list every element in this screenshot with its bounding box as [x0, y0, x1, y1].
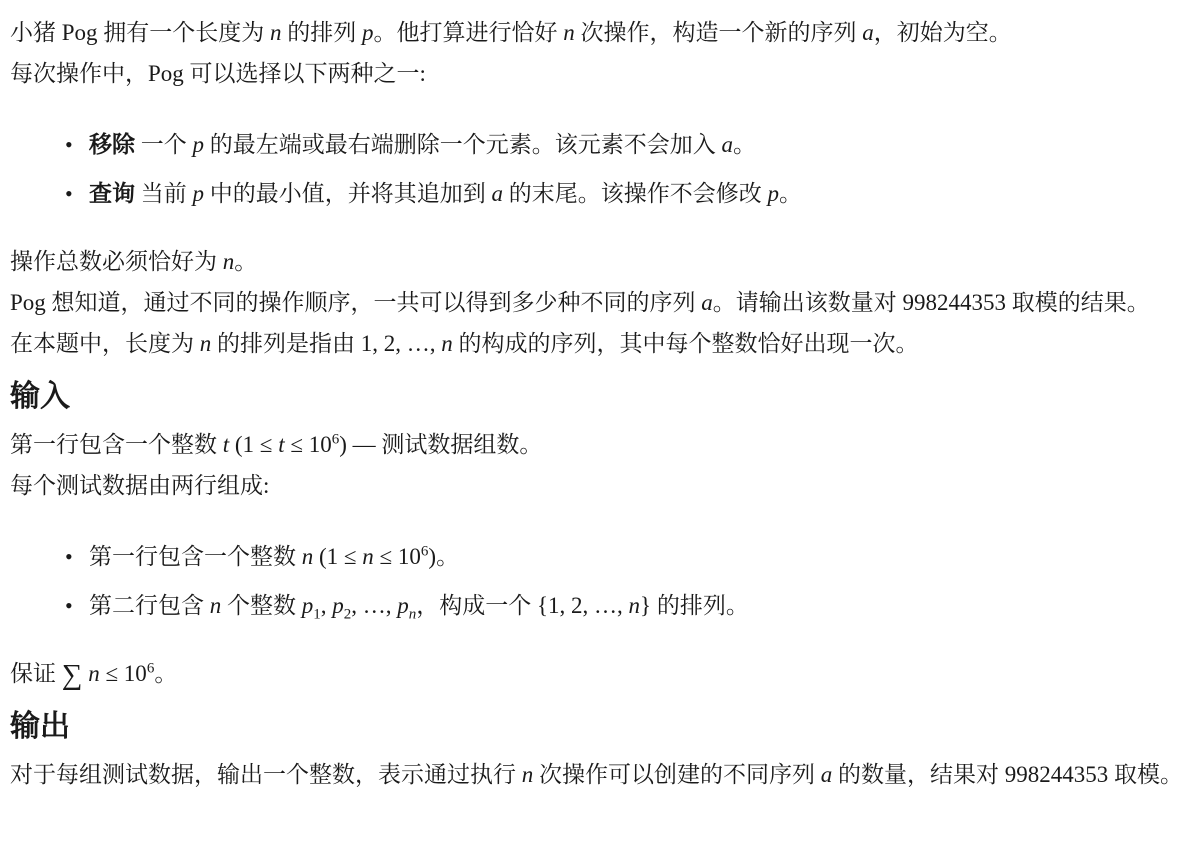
math-variable: p: [362, 20, 374, 45]
math-variable: n: [88, 661, 100, 686]
text-run: 每次操作中，Pog 可以选择以下两种之一:: [10, 61, 426, 86]
text-run: 每个测试数据由两行组成:: [10, 473, 269, 498]
math-variable: a: [821, 762, 833, 787]
paragraph-output-description: 对于每组测试数据，输出一个整数，表示通过执行 n 次操作可以创建的不同序列 a …: [10, 759, 1185, 791]
text-run: 的构成的序列，其中每个整数恰好出现一次。: [453, 331, 919, 356]
math-text: ≤ 10: [100, 661, 147, 686]
math-variable: n: [441, 331, 453, 356]
math-variable: n: [362, 544, 374, 569]
math-variable: n: [302, 544, 314, 569]
text-run: 一个: [135, 132, 193, 157]
math-variable: a: [722, 132, 734, 157]
paragraph-question-statement: Pog 想知道，通过不同的操作顺序，一共可以得到多少种不同的序列 a。请输出该数…: [10, 287, 1185, 319]
text-run: 。: [154, 661, 177, 686]
math-variable: p: [302, 593, 314, 618]
paragraph-sum-constraint: 保证 ∑ n ≤ 106。: [10, 658, 1185, 690]
text-run: 对于每组测试数据，输出一个整数，表示通过执行: [10, 762, 522, 787]
text-run: 次操作可以创建的不同序列: [533, 762, 821, 787]
text-run: 次操作，构造一个新的序列: [575, 20, 863, 45]
math-variable: n: [210, 593, 222, 618]
math-variable: a: [701, 290, 713, 315]
text-run: 。: [779, 181, 802, 206]
text-run: 个整数: [221, 593, 302, 618]
math-text: ≤ 10: [285, 432, 332, 457]
text-run: 保证: [10, 661, 62, 686]
paragraph-statement-intro: 小猪 Pog 拥有一个长度为 n 的排列 p。他打算进行恰好 n 次操作，构造一…: [10, 17, 1185, 49]
summation-symbol: ∑: [62, 659, 83, 691]
math-variable: n: [270, 20, 282, 45]
math-text: ): [339, 432, 347, 457]
problem-statement: 小猪 Pog 拥有一个长度为 n 的排列 p。他打算进行恰好 n 次操作，构造一…: [0, 0, 1197, 791]
text-run: 。: [733, 132, 756, 157]
math-text: (1 ≤: [313, 544, 362, 569]
text-run: 。: [436, 544, 459, 569]
section-heading-input: 输入: [10, 378, 1185, 416]
math-variable: p: [768, 181, 780, 206]
math-variable: a: [862, 20, 874, 45]
text-run: 中的最小值，并将其追加到: [204, 181, 492, 206]
paragraph-testcase-structure-lead: 每个测试数据由两行组成:: [10, 470, 1185, 502]
text-run: — 测试数据组数。: [347, 432, 543, 457]
text-run: 的排列: [282, 20, 363, 45]
list-item: 第二行包含 n 个整数 p1, p2, …, pn，构成一个 {1, 2, …,…: [89, 589, 1185, 622]
text-run: 取模。: [1108, 762, 1183, 787]
paragraph-total-operations-note: 操作总数必须恰好为 n。: [10, 246, 1185, 278]
text-run: ，构成一个: [416, 593, 537, 618]
math-text: (1 ≤: [229, 432, 278, 457]
operations-list: 移除 一个 p 的最左端或最右端删除一个元素。该元素不会加入 a。查询 当前 p…: [10, 128, 1185, 210]
math-text: {1, 2, …,: [537, 593, 629, 618]
text-run: 的末尾。该操作不会修改: [503, 181, 768, 206]
math-text: }: [640, 593, 651, 618]
text-run: 的数量，结果对: [832, 762, 1005, 787]
math-variable: p: [193, 181, 205, 206]
text-run: 第一行包含一个整数: [89, 544, 302, 569]
math-variable: n: [563, 20, 575, 45]
text-run: 当前: [135, 181, 193, 206]
text-run: 的最左端或最右端删除一个元素。该元素不会加入: [204, 132, 722, 157]
text-run: 。: [234, 249, 257, 274]
text-run: 的排列是指由: [211, 331, 361, 356]
math-subscript: 1: [313, 607, 321, 623]
math-text: 998244353: [903, 290, 1007, 315]
math-variable: n: [629, 593, 641, 618]
paragraph-permutation-definition: 在本题中，长度为 n 的排列是指由 1, 2, …, n 的构成的序列，其中每个…: [10, 328, 1185, 360]
text-run: Pog 想知道，通过不同的操作顺序，一共可以得到多少种不同的序列: [10, 290, 701, 315]
math-variable: n: [200, 331, 212, 356]
math-variable: p: [332, 593, 344, 618]
math-variable: n: [522, 762, 534, 787]
section-heading-output: 输出: [10, 708, 1185, 746]
paragraph-input-first-line: 第一行包含一个整数 t (1 ≤ t ≤ 106) — 测试数据组数。: [10, 429, 1185, 461]
testcase-lines-list: 第一行包含一个整数 n (1 ≤ n ≤ 106)。第二行包含 n 个整数 p1…: [10, 540, 1185, 622]
text-run: 。他打算进行恰好: [374, 20, 564, 45]
math-text: , …,: [351, 593, 397, 618]
text-run: 操作总数必须恰好为: [10, 249, 223, 274]
text-run: 在本题中，长度为: [10, 331, 200, 356]
math-variable: p: [193, 132, 205, 157]
list-item: 移除 一个 p 的最左端或最右端删除一个元素。该元素不会加入 a。: [89, 128, 1185, 161]
bold-term: 查询: [89, 181, 135, 206]
text-run: 。请输出该数量对: [713, 290, 903, 315]
math-variable: a: [492, 181, 504, 206]
math-text: ,: [321, 593, 333, 618]
math-text: 1, 2, …,: [361, 331, 442, 356]
math-text: ): [428, 544, 436, 569]
math-variable: p: [397, 593, 409, 618]
bold-term: 移除: [89, 132, 135, 157]
text-run: 第一行包含一个整数: [10, 432, 223, 457]
text-run: 取模的结果。: [1006, 290, 1150, 315]
list-item: 查询 当前 p 中的最小值，并将其追加到 a 的末尾。该操作不会修改 p。: [89, 177, 1185, 210]
paragraph-operation-choices-lead: 每次操作中，Pog 可以选择以下两种之一:: [10, 58, 1185, 90]
text-run: 第二行包含: [89, 593, 210, 618]
text-run: 的排列。: [651, 593, 749, 618]
math-variable: n: [223, 249, 235, 274]
list-item: 第一行包含一个整数 n (1 ≤ n ≤ 106)。: [89, 540, 1185, 573]
math-text: ≤ 10: [374, 544, 421, 569]
math-text: 998244353: [1005, 762, 1109, 787]
text-run: ，初始为空。: [874, 20, 1012, 45]
text-run: 小猪 Pog 拥有一个长度为: [10, 20, 270, 45]
